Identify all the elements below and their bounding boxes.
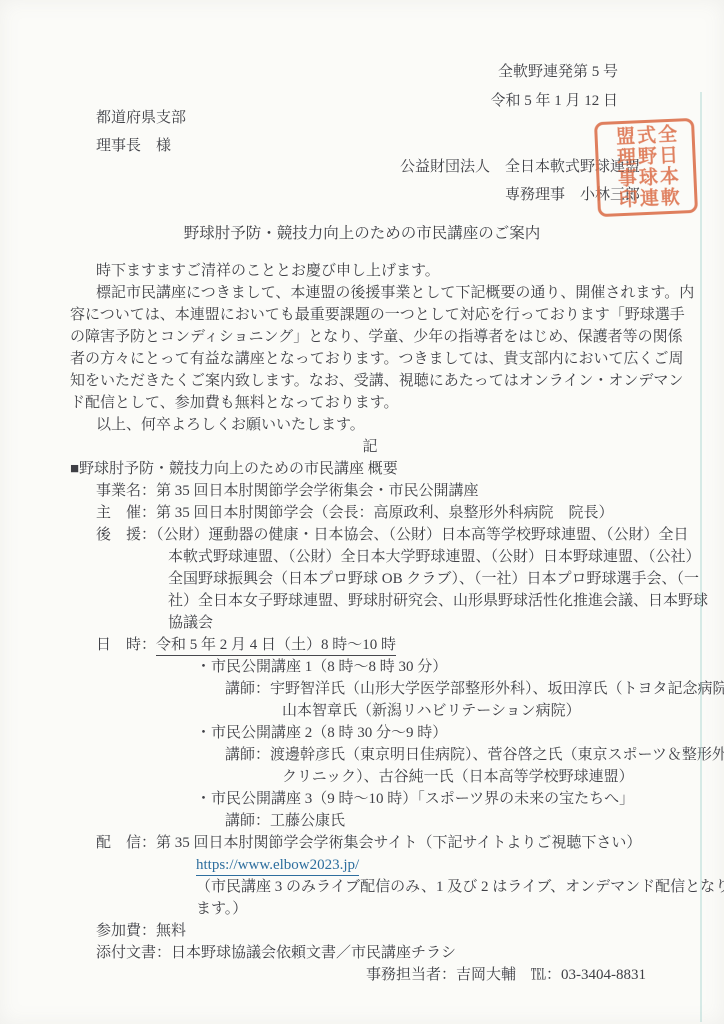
organizer-row: 主 催：第 35 回日本肘関節学会（会長：高原政利、泉整形外科病院 院長） [70,502,670,524]
recipient-honorific: 理事長 様 [96,132,186,160]
recipient-department: 都道府県支部 [96,104,186,132]
body-line: 容については、本連盟においても最重要課題の一つとして対応を行っております「野球選… [70,304,670,326]
lecture2-title-row: ・市民公開講座 2（8 時 30 分～9 時） [70,722,670,744]
distribution-note-row: （市民講座 3 のみライブ配信のみ、1 及び 2 はライブ、オンデマンド配信とな… [70,876,670,898]
datetime-value-underlined: 令和 5 年 2 月 4 日（土）8 時～10 時 [156,635,396,656]
scan-artifact-line [700,92,702,1022]
lecture3-title-row: ・市民公開講座 3（9 時～10 時）「スポーツ界の未来の宝たちへ」 [70,788,670,810]
body-line: の障害予防とコンディショニング」となり、学童、少年の指導者をはじめ、保護者等の関… [70,326,670,348]
lecture1-title-row: ・市民公開講座 1（8 時～8 時 30 分） [70,656,670,678]
letter-body: 時下ますますご清祥のこととお慶び申し上げます。 標記市民講座につきまして、本連盟… [70,260,670,986]
body-line: 時下ますますご清祥のこととお慶び申し上げます。 [70,260,670,282]
distribution-note-row: ます。） [70,898,670,920]
datetime-label: 日 時： [96,637,156,653]
contact-footer: 事務担当者：吉岡大輔 ℡：03-3404-8831 [70,964,670,986]
overview-heading: ■野球肘予防・競技力向上のための市民講座 概要 [70,458,670,480]
body-line: 知をいただきたくご案内致します。なお、受講、視聴にあたってはオンライン・オンデマ… [70,370,670,392]
body-line: 標記市民講座につきまして、本連盟の後援事業として下記概要の通り、開催されます。内 [70,282,670,304]
sponsors-row: 全国野球振興会（日本プロ野球 OB クラブ）、（一社）日本プロ野球選手会、（一 [70,568,670,590]
site-link[interactable]: https://www.elbow2023.jp/ [196,855,359,876]
body-line: ド配信として、参加費も無料となっております。 [70,392,670,414]
doc-date: 令和 5 年 1 月 12 日 [490,87,618,116]
project-name-row: 事業名：第 35 回日本肘関節学会学術集会・市民公開講座 [70,480,670,502]
sponsors-row: 協議会 [70,612,670,634]
body-line: 者の方々にとって有益な講座となっております。つきましては、貴支部内において広くご… [70,348,670,370]
record-marker: 記 [70,436,670,458]
attachments-row: 添付文書：日本野球協議会依頼文書／市民講座チラシ [70,942,670,964]
lecture1-speakers-row: 山本智章氏（新潟リハビリテーション病院） [70,700,670,722]
lecture2-speakers-row: クリニック）、古谷純一氏（日本高等学校野球連盟） [70,766,670,788]
sponsors-row: 本軟式野球連盟、（公財）全日本大学野球連盟、（公財）日本野球連盟、（公社） [70,546,670,568]
site-link-row: https://www.elbow2023.jp/ [70,854,670,876]
lecture1-speakers-row: 講師：宇野智洋氏（山形大学医学部整形外科）、坂田淳氏（トヨタ記念病院） [70,678,670,700]
official-seal-stamp: 全日本軟式野球連盟理事印 [594,118,698,217]
sponsors-row: 後 援：（公財）運動器の健康・日本協会、（公財）日本高等学校野球連盟、（公財）全… [70,524,670,546]
distribution-row: 配 信：第 35 回日本肘関節学会学術集会サイト（下記サイトよりご視聴下さい） [70,832,670,854]
scanned-letter-page: 全軟野連発第 5 号 令和 5 年 1 月 12 日 都道府県支部 理事長 様 … [0,0,724,1024]
lecture2-speakers-row: 講師：渡邊幹彦氏（東京明日佳病院）、菅谷啓之氏（東京スポーツ＆整形外科 [70,744,670,766]
page-title: 野球肘予防・競技力向上のための市民講座のご案内 [0,221,724,243]
sponsors-row: 社）全日本女子野球連盟、野球肘研究会、山形県野球活性化推進会議、日本野球 [70,590,670,612]
doc-number: 全軟野連発第 5 号 [490,58,618,87]
body-line: 以上、何卒よろしくお願いいたします。 [70,414,670,436]
lecture3-speakers-row: 講師：工藤公康氏 [70,810,670,832]
participation-fee-row: 参加費：無料 [70,920,670,942]
datetime-row: 日 時：令和 5 年 2 月 4 日（土）8 時～10 時 [70,634,670,656]
seal-text: 全日本軟式野球連盟理事印 [613,123,680,212]
